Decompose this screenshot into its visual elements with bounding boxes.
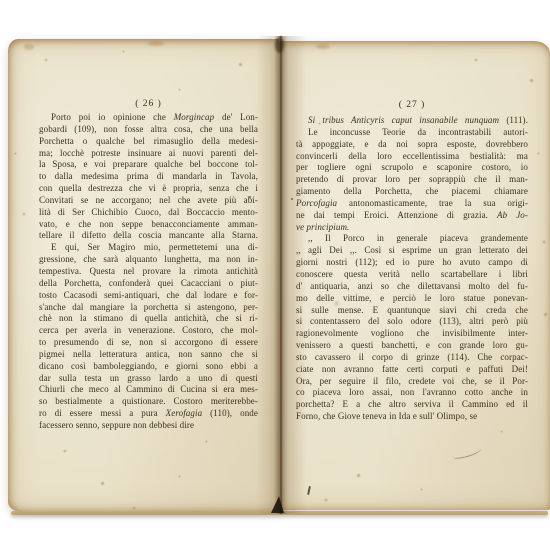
text-line: Convitati se ne accorgano; nel che avete… <box>39 195 258 207</box>
text-line: tà appoggiate, e da noi sopra esposte, d… <box>296 139 528 151</box>
text-segment: mo delle vittime, e perciò le loro statu… <box>296 293 528 303</box>
text-segment: ma; locchè potreste insinuare ai nuovi p… <box>39 148 258 158</box>
text-line: mo delle vittime, e perciò le loro statu… <box>296 293 528 305</box>
text-segment: gobardi (109), non fosse altra cosa, che… <box>39 124 258 134</box>
text-line: porchetta? E a che altro serviva il Camm… <box>296 399 528 411</box>
text-segment: ragionevolmente vogliono che invisibilme… <box>296 328 528 338</box>
text-segment: per togliere ogni scrupolo e scaponire c… <box>296 162 528 172</box>
text-segment: to presumendo di se, non si accorgono di… <box>39 337 258 347</box>
gutter-top-shadow <box>275 37 284 53</box>
italic-text-segment: Si tribus Anticyris caput insanabile nun… <box>308 115 499 125</box>
text-line: ,, Il Porco in generale piaceva grandeme… <box>296 233 528 245</box>
text-line: gobardi (109), non fosse altra cosa, che… <box>39 124 258 136</box>
text-line: cerca per averla in venerazione. Costoro… <box>39 325 258 337</box>
ink-speck <box>291 198 293 200</box>
text-line: si sulle mense. E quantunque siavi chi c… <box>296 305 528 317</box>
text-segment: co piaceva loro assai, non l'avranno cot… <box>296 387 528 397</box>
text-segment: tempestiva. Questa nel provare la rimota… <box>39 266 258 276</box>
text-segment: ,, Il Porco in generale piaceva grandeme… <box>308 233 528 243</box>
text-line: tosto Cacasodi semi-antiquari, che dal l… <box>39 290 258 302</box>
text-segment: sto cavassero il corpo di grinze (114). … <box>296 352 528 362</box>
text-segment: venissero a questi banchetti, e con gran… <box>296 340 528 350</box>
text-segment: ro di essere messi a pura <box>39 408 166 418</box>
text-line: E qui, Ser Magiro mio, permettetemi una … <box>39 242 258 254</box>
text-line: convincerli della loro eccellentissima b… <box>296 151 528 163</box>
text-segment: Ora, per seguire il filo, credete voi ch… <box>296 376 528 386</box>
text-segment: Porto poi io opinione che <box>51 112 174 122</box>
text-segment: della Porchetta, confonderà quei Cacacci… <box>39 278 258 288</box>
text-segment: vato, e che non seppe benacconciamente a… <box>39 219 258 229</box>
text-segment: so bestialmente a quistionare. Costoro m… <box>39 396 258 406</box>
text-segment: Le inconcusse Teorie da incontrastabili … <box>308 127 528 137</box>
text-line: vato, e che non seppe benacconciamente a… <box>39 219 258 231</box>
text-segment: chè non la stimano di quella antichità, … <box>39 313 258 323</box>
left-page-text: Porto poi io opinione che Morgincap de' … <box>39 112 258 432</box>
left-page: ( 26 ) Porto poi io opinione che Morginc… <box>8 39 279 512</box>
gutter-bottom-shadow <box>271 496 284 513</box>
text-segment: de' Lon- <box>214 112 258 122</box>
text-segment: dicano così bamboleggiando, e giorni son… <box>39 361 258 371</box>
text-line: si contentassero del solo odore (113), a… <box>296 316 528 328</box>
italic-text-segment: Xerofagia <box>166 408 203 418</box>
text-segment: pretendo di provar loro per soprappiù ch… <box>296 174 528 184</box>
text-segment: cerca per averla in venerazione. Costoro… <box>39 325 258 335</box>
text-segment: giorni nostri (112); ed io pure ho avuto… <box>296 257 528 267</box>
text-segment: E qui, Ser Magiro mio, permettetemi una … <box>51 242 258 252</box>
text-line: Forno, che Giove teneva in Ida e sull' O… <box>296 411 528 423</box>
text-line: pigmei nella letteratura antica, non san… <box>39 349 258 361</box>
text-line: giorni nostri (112); ed io pure ho avuto… <box>296 257 528 269</box>
text-segment: conoscere questa verità nello scartabell… <box>296 269 528 279</box>
text-segment: pigmei nella letteratura antica, non san… <box>39 349 258 359</box>
text-segment: si sulle mense. E quantunque siavi chi c… <box>296 305 528 315</box>
book-photo: ( 26 ) Porto poi io opinione che Morginc… <box>0 0 550 550</box>
text-line: chè non la stimano di quella antichità, … <box>39 313 258 325</box>
text-line: Porchetta o qualche bel rimasuglio della… <box>39 136 258 148</box>
text-line: pretendo di provar loro per soprappiù ch… <box>296 174 528 186</box>
text-line: ro di essere messi a pura Xerofagia (110… <box>39 408 258 420</box>
text-line: Chiurli che meco al Cammino di Cucina si… <box>39 384 258 396</box>
right-page: ( 27 ) Si tribus Anticyris caput insanab… <box>279 41 550 510</box>
text-segment: Forno, che Giove teneva in Ida e sull' O… <box>296 411 477 421</box>
text-line: to dalla medesima prima di mandarla in T… <box>39 171 258 183</box>
text-segment: facessero senno, seppure non debbesi dir… <box>39 420 194 430</box>
text-line: gressione, che sarà alquanto lunghetta, … <box>39 254 258 266</box>
right-page-text: Si tribus Anticyris caput insanabile nun… <box>296 115 528 423</box>
text-segment: (111). <box>499 115 528 125</box>
text-segment: ,, agli Dei ,,. Così si esprime un gran … <box>296 245 528 255</box>
text-segment: ne dai tempi Eroici. Attenzione di grazi… <box>296 210 497 220</box>
text-segment: to dalla medesima prima di mandarla in T… <box>39 171 258 181</box>
text-segment: ciate non avranno fatte certi corputi e … <box>296 364 528 374</box>
text-line: ve principium. <box>296 222 528 234</box>
text-line: co piaceva loro assai, non l'avranno cot… <box>296 387 528 399</box>
italic-text-segment: Morgincap <box>174 112 215 122</box>
text-segment: Chiurli che meco al Cammino di Cucina si… <box>39 384 258 394</box>
text-segment: convincerli della loro eccellentissima b… <box>296 151 528 161</box>
text-segment: tosto Cacasodi semi-antiquari, che dal l… <box>39 290 258 300</box>
text-line: Porcofagia antonomasticamente, trae la s… <box>296 198 528 210</box>
text-segment: d' antiquaria, anzi so che dilettavansi … <box>296 281 528 291</box>
text-segment: lità di Ser Chichibio Cuoco, dal Boccacc… <box>39 207 258 217</box>
text-line: dar sulla testa un grasso lardo a uno di… <box>39 373 258 385</box>
page-number-right: ( 27 ) <box>296 100 528 110</box>
text-line: ma; locchè potreste insinuare ai nuovi p… <box>39 148 258 160</box>
text-line: s'anche dal mangiare la porchetta si ast… <box>39 302 258 314</box>
text-line: sto cavassero il corpo di grinze (114). … <box>296 352 528 364</box>
text-line: ragionevolmente vogliono che invisibilme… <box>296 328 528 340</box>
text-line: Si tribus Anticyris caput insanabile nun… <box>296 115 528 127</box>
text-segment: si contentassero del solo odore (113), a… <box>296 316 528 326</box>
text-line: ,, agli Dei ,,. Così si esprime un gran … <box>296 245 528 257</box>
text-segment: tà appoggiate, e da noi sopra esposte, d… <box>296 139 528 149</box>
text-segment: (110), onde <box>202 408 258 418</box>
text-line: so bestialmente a quistionare. Costoro m… <box>39 396 258 408</box>
text-line: tellare il difetto della coscia mancante… <box>39 230 258 242</box>
text-segment: la Sposa, e voi preparare qualche bel bo… <box>39 159 258 169</box>
text-line: per togliere ogni scrupolo e scaponire c… <box>296 162 528 174</box>
ink-speck <box>249 196 251 198</box>
text-segment: con quella destrezza che vi è propria, s… <box>39 183 258 193</box>
text-line: venissero a questi banchetti, e con gran… <box>296 340 528 352</box>
text-segment: giamento della Porchetta, che piacemi ch… <box>296 186 528 196</box>
text-line: to presumendo di se, non si accorgono di… <box>39 337 258 349</box>
text-line: facessero senno, seppure non debbesi dir… <box>39 420 258 432</box>
text-line: la Sposa, e voi preparare qualche bel bo… <box>39 159 258 171</box>
text-line: ciate non avranno fatte certi corputi e … <box>296 364 528 376</box>
italic-text-segment: ve principium. <box>296 222 349 232</box>
text-segment: tellare il difetto della coscia mancante… <box>39 230 258 240</box>
text-line: giamento della Porchetta, che piacemi ch… <box>296 186 528 198</box>
text-line: ne dai tempi Eroici. Attenzione di grazi… <box>296 210 528 222</box>
text-segment: porchetta? E a che altro serviva il Camm… <box>296 399 528 409</box>
text-segment: gressione, che sarà alquanto lunghetta, … <box>39 254 258 264</box>
text-line: con quella destrezza che vi è propria, s… <box>39 183 258 195</box>
text-segment: Convitati se ne accorgano; nel che avete… <box>39 195 258 205</box>
text-line: della Porchetta, confonderà quei Cacacci… <box>39 278 258 290</box>
text-segment: s'anche dal mangiare la porchetta si ast… <box>39 302 258 312</box>
gutter-crease <box>280 36 282 514</box>
text-segment: dar sulla testa un grasso lardo a uno di… <box>39 373 258 383</box>
text-line: Le inconcusse Teorie da incontrastabili … <box>296 127 528 139</box>
text-line: dicano così bamboleggiando, e giorni son… <box>39 361 258 373</box>
text-line: Porto poi io opinione che Morgincap de' … <box>39 112 258 124</box>
italic-text-segment: Porcofagia <box>296 198 337 208</box>
text-line: conoscere questa verità nello scartabell… <box>296 269 528 281</box>
text-segment: Porchetta o qualche bel rimasuglio della… <box>39 136 258 146</box>
text-line: lità di Ser Chichibio Cuoco, dal Boccacc… <box>39 207 258 219</box>
text-segment: antonomasticamente, trae la sua origi- <box>337 198 528 208</box>
page-number-left: ( 26 ) <box>39 99 258 109</box>
text-line: tempestiva. Questa nel provare la rimota… <box>39 266 258 278</box>
italic-text-segment: Ab Jo- <box>497 210 528 220</box>
text-line: d' antiquaria, anzi so che dilettavansi … <box>296 281 528 293</box>
text-line: Ora, per seguire il filo, credete voi ch… <box>296 376 528 388</box>
